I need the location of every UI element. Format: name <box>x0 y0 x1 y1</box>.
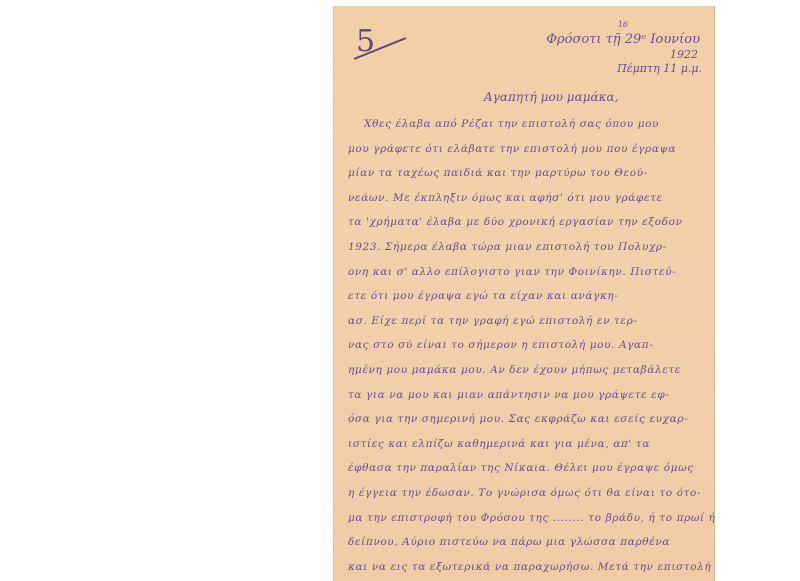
body-line: 1923. Σήμερα έλαβα τώρα μιαν επιστολή το… <box>348 241 667 253</box>
body-line: νας στο σύ είναι το σήμερον η επιστολή μ… <box>348 339 653 351</box>
body-line: νεάων. Με έκπληξιν όμως και αφήσ' ότι μο… <box>348 192 663 204</box>
body-line: ιστίες και ελπίζω καθημερινά και για μέν… <box>348 438 650 450</box>
body-line: μου γράφετε ότι ελάβατε την επιστολή μου… <box>348 143 676 155</box>
body-line: δείπνου. Αύριο πιστεύω να πάρω μια γλώσσ… <box>348 536 670 548</box>
body-line: έφθασα την παραλίαν της Νίκαια. Θέλει μο… <box>348 462 694 474</box>
body-line: μίαν τα ταχέως παιδιά και την μαρτύρω το… <box>348 167 648 179</box>
body-line: Χθες έλαβα από Ρέζαι την επιστολή σας όπ… <box>364 118 659 130</box>
body-line: ημένη μου μαμάκα μου. Αν δεν έχουν μήπως… <box>348 364 681 376</box>
body-line: και να εις τα εξωτερικά να παραχωρήσω. Μ… <box>348 561 711 573</box>
body-line: τα 'χρήματα' έλαβα με δύο χρονική εργασί… <box>348 216 683 228</box>
body-line: μα την επιστροφή του Φρόσου της ........… <box>348 512 716 524</box>
letter-date: Φρόσοτι τῇ 29ᵉ Ιουνίου <box>546 32 700 47</box>
body-line: όσα για την σημερινή μου. Σας εκφράζω κα… <box>348 413 688 425</box>
letter-time: Πέμπτη 11 μ.μ. <box>617 62 702 75</box>
body-line: ετε ότι μου έγραψα εγώ τα είχαν και ανάγ… <box>348 290 618 302</box>
body-line: ονη και σ' αλλο επίλογιστο γιαν την Φοιν… <box>348 266 676 278</box>
body-line: ασ. Είχε περί τα την γραφή εγώ επιστολή … <box>348 315 638 327</box>
salutation: Αγαπητή μου μαμάκα, <box>484 90 618 104</box>
date-superscript: 16 <box>618 20 628 29</box>
body-line: η έγγεια την έδωσαν. Το γνώρισα όμως ότι… <box>348 487 701 499</box>
letter-page: 5 16 Φρόσοτι τῇ 29ᵉ Ιουνίου 1922 Πέμπτη … <box>334 6 714 581</box>
letter-year: 1922 <box>670 48 698 61</box>
body-line: τα για να μου και μιαν απάντησιν να μου … <box>348 389 670 401</box>
